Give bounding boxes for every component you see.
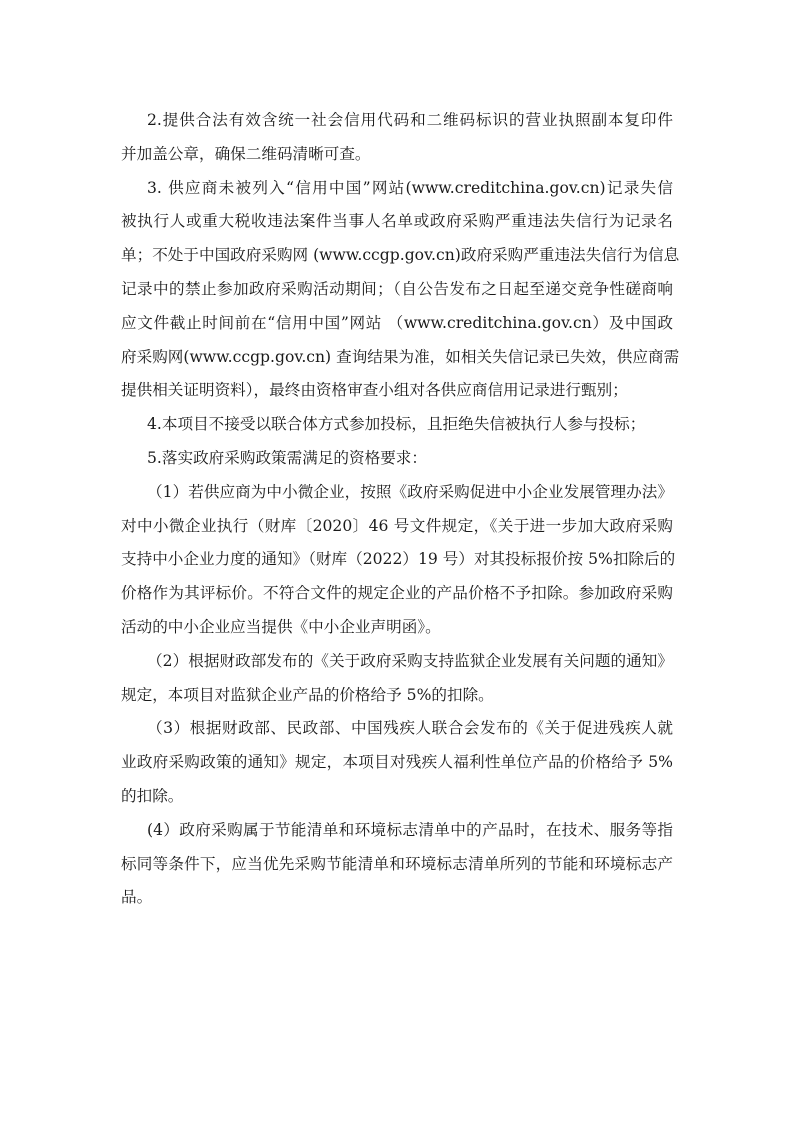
text-line: 活动的中小企业应当提供《中小企业声明函》。	[121, 611, 673, 645]
text-line: 价格作为其评标价。不符合文件的规定企业的产品价格不予扣除。参加政府采购	[121, 577, 673, 611]
paragraph-item-2: 2.提供合法有效含统一社会信用代码和二维码标识的营业执照副本复印件 并加盖公章，…	[121, 104, 673, 172]
paragraph-item-5-2: （2）根据财政部发布的《关于政府采购支持监狱企业发展有关问题的通知》 规定，本项…	[121, 645, 673, 713]
paragraph-item-3: 3. 供应商未被列入“信用中国”网站(www.creditchina.gov.c…	[121, 172, 673, 409]
text-line: (4）政府采购属于节能清单和环境标志清单中的产品时，在技术、服务等指	[121, 814, 673, 848]
text-line: 业政府采购政策的通知》规定，本项目对残疾人福利性单位产品的价格给予 5%	[121, 746, 673, 780]
paragraph-item-4: 4.本项目不接受以联合体方式参加投标，且拒绝失信被执行人参与投标；	[121, 408, 673, 442]
text-line: 记录中的禁止参加政府采购活动期间；（自公告发布之日起至递交竞争性磋商响	[121, 273, 673, 307]
text-line: 的扣除。	[121, 780, 673, 814]
text-line: （3）根据财政部、民政部、中国残疾人联合会发布的《关于促进残疾人就	[121, 712, 673, 746]
paragraph-item-5-1: （1）若供应商为中小微企业，按照《政府采购促进中小企业发展管理办法》 对中小微企…	[121, 476, 673, 645]
text-line: 单；不处于中国政府采购网 (www.ccgp.gov.cn)政府采购严重违法失信…	[121, 239, 673, 273]
text-line: （2）根据财政部发布的《关于政府采购支持监狱企业发展有关问题的通知》	[121, 645, 673, 679]
paragraph-item-5-3: （3）根据财政部、民政部、中国残疾人联合会发布的《关于促进残疾人就 业政府采购政…	[121, 712, 673, 813]
text-line: 提供相关证明资料），最终由资格审查小组对各供应商信用记录进行甄别；	[121, 374, 673, 408]
text-line: （1）若供应商为中小微企业，按照《政府采购促进中小企业发展管理办法》	[121, 476, 673, 510]
text-line: 2.提供合法有效含统一社会信用代码和二维码标识的营业执照副本复印件	[121, 104, 673, 138]
text-line: 府采购网(www.ccgp.gov.cn) 查询结果为准，如相关失信记录已失效，…	[121, 341, 673, 375]
document-page: 2.提供合法有效含统一社会信用代码和二维码标识的营业执照副本复印件 并加盖公章，…	[121, 104, 673, 915]
text-line: 5.落实政府采购政策需满足的资格要求：	[121, 442, 673, 476]
paragraph-item-5: 5.落实政府采购政策需满足的资格要求：	[121, 442, 673, 476]
text-line: 4.本项目不接受以联合体方式参加投标，且拒绝失信被执行人参与投标；	[121, 408, 673, 442]
text-line: 对中小微企业执行（财库〔2020〕46 号文件规定，《关于进一步加大政府采购	[121, 510, 673, 544]
text-line: 并加盖公章，确保二维码清晰可查。	[121, 138, 673, 172]
paragraph-item-5-4: (4）政府采购属于节能清单和环境标志清单中的产品时，在技术、服务等指 标同等条件…	[121, 814, 673, 915]
text-line: 标同等条件下，应当优先采购节能清单和环境标志清单所列的节能和环境标志产	[121, 848, 673, 882]
text-line: 3. 供应商未被列入“信用中国”网站(www.creditchina.gov.c…	[121, 172, 673, 206]
text-line: 支持中小企业力度的通知》（财库（2022）19 号）对其投标报价按 5%扣除后的	[121, 543, 673, 577]
text-line: 品。	[121, 881, 673, 915]
text-line: 规定，本项目对监狱企业产品的价格给予 5%的扣除。	[121, 679, 673, 713]
text-line: 应文件截止时间前在“信用中国”网站 （www.creditchina.gov.c…	[121, 307, 673, 341]
text-line: 被执行人或重大税收违法案件当事人名单或政府采购严重违法失信行为记录名	[121, 205, 673, 239]
